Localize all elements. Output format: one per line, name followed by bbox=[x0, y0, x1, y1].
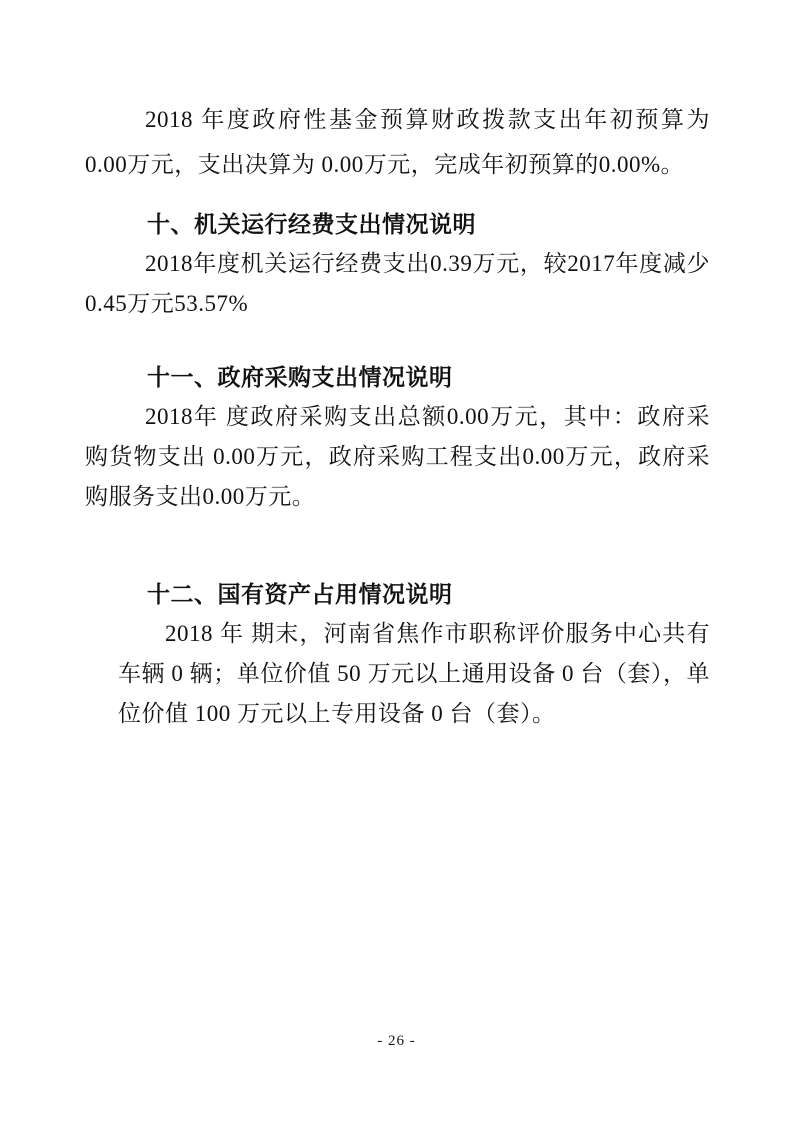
section-body-gov-procurement: 2018年 度政府采购支出总额0.00万元，其中：政府采购货物支出 0.00万元… bbox=[85, 397, 710, 517]
page-number: - 26 - bbox=[0, 1033, 793, 1050]
section-body-agency-operating-expense: 2018年度机关运行经费支出0.39万元，较2017年度减少0.45万元53.5… bbox=[85, 244, 710, 324]
document-page: 2018 年度政府性基金预算财政拨款支出年初预算为0.00万元，支出决算为 0.… bbox=[0, 0, 793, 1122]
section-body-state-assets: 2018 年 期末，河南省焦作市职称评价服务中心共有车辆 0 辆；单位价值 50… bbox=[118, 614, 710, 734]
paragraph-gov-fund-budget: 2018 年度政府性基金预算财政拨款支出年初预算为0.00万元，支出决算为 0.… bbox=[85, 97, 710, 187]
section-heading-gov-procurement: 十一、政府采购支出情况说明 bbox=[85, 357, 710, 397]
section-heading-state-assets: 十二、国有资产占用情况说明 bbox=[85, 574, 710, 614]
section-heading-agency-operating-expense: 十、机关运行经费支出情况说明 bbox=[85, 204, 710, 244]
